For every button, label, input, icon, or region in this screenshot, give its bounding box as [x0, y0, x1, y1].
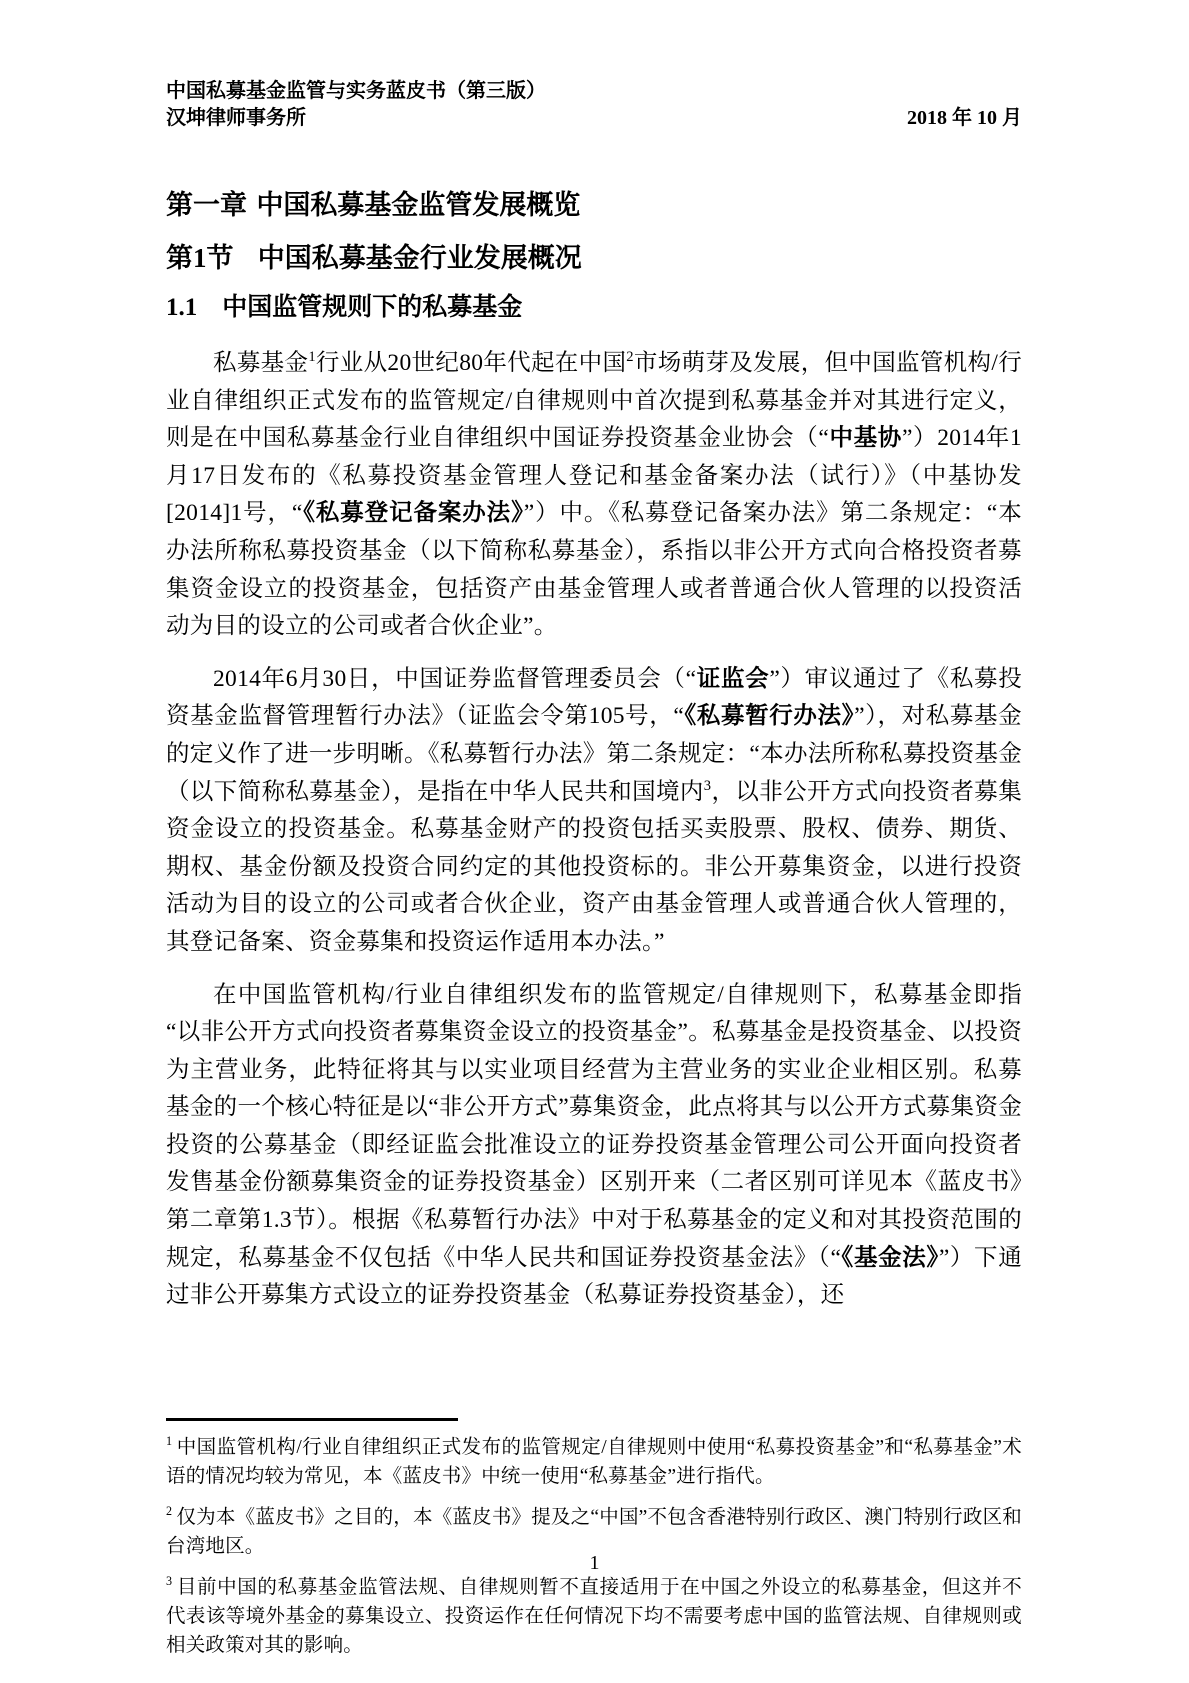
header-book-title: 中国私募基金监管与实务蓝皮书（第三版） [166, 78, 1022, 105]
footnote-3: 3目前中国的私募基金监管法规、自律规则暂不直接适用于在中国之外设立的私募基金，但… [166, 1573, 1022, 1660]
chapter-heading: 第一章中国私募基金监管发展概览 [166, 188, 1022, 222]
document-page: 中国私募基金监管与实务蓝皮书（第三版） 汉坤律师事务所 2018 年 10 月 … [0, 0, 1189, 1683]
footnote-1-number: 1 [166, 1434, 172, 1448]
footnotes-section: 1中国监管机构/行业自律组织正式发布的监管规定/自律规则中使用“私募投资基金”和… [166, 1418, 1022, 1660]
section-heading: 第1节中国私募基金行业发展概况 [166, 241, 1022, 275]
header-firm-name: 汉坤律师事务所 [166, 105, 306, 132]
document-body: 第一章中国私募基金监管发展概览 第1节中国私募基金行业发展概况 1.1中国监管规… [166, 188, 1022, 1315]
subsection-title: 中国监管规则下的私募基金 [222, 294, 522, 321]
chapter-title: 中国私募基金监管发展概览 [256, 190, 580, 220]
footnote-3-number: 3 [166, 1574, 172, 1588]
footnote-2-number: 2 [166, 1504, 172, 1518]
header-line2: 汉坤律师事务所 2018 年 10 月 [166, 105, 1022, 132]
subsection-number: 1.1 [166, 294, 197, 321]
body-paragraph-3: 在中国监管机构/行业自律组织发布的监管规定/自律规则下，私募基金即指“以非公开方… [166, 977, 1022, 1315]
footnote-1: 1中国监管机构/行业自律组织正式发布的监管规定/自律规则中使用“私募投资基金”和… [166, 1433, 1022, 1491]
page-number: 1 [0, 1552, 1189, 1575]
body-paragraph-2: 2014年6月30日，中国证券监督管理委员会（“证监会”）审议通过了《私募投资基… [166, 661, 1022, 962]
footnote-1-text: 中国监管机构/行业自律组织正式发布的监管规定/自律规则中使用“私募投资基金”和“… [166, 1437, 1022, 1487]
page-header: 中国私募基金监管与实务蓝皮书（第三版） 汉坤律师事务所 2018 年 10 月 [166, 78, 1022, 132]
section-title: 中国私募基金行业发展概况 [258, 243, 582, 273]
header-date: 2018 年 10 月 [907, 105, 1022, 132]
chapter-number: 第一章 [166, 190, 247, 220]
page-content: 中国私募基金监管与实务蓝皮书（第三版） 汉坤律师事务所 2018 年 10 月 … [166, 78, 1022, 1660]
section-number: 第1节 [166, 243, 234, 273]
subsection-heading: 1.1中国监管规则下的私募基金 [166, 292, 1022, 324]
footnote-3-text: 目前中国的私募基金监管法规、自律规则暂不直接适用于在中国之外设立的私募基金，但这… [166, 1577, 1022, 1656]
footnote-2-text: 仅为本《蓝皮书》之目的，本《蓝皮书》提及之“中国”不包含香港特别行政区、澳门特别… [166, 1507, 1022, 1557]
body-paragraph-1: 私募基金1行业从20世纪80年代起在中国2市场萌芽及发展，但中国监管机构/行业自… [166, 345, 1022, 646]
footnote-separator [166, 1418, 458, 1421]
